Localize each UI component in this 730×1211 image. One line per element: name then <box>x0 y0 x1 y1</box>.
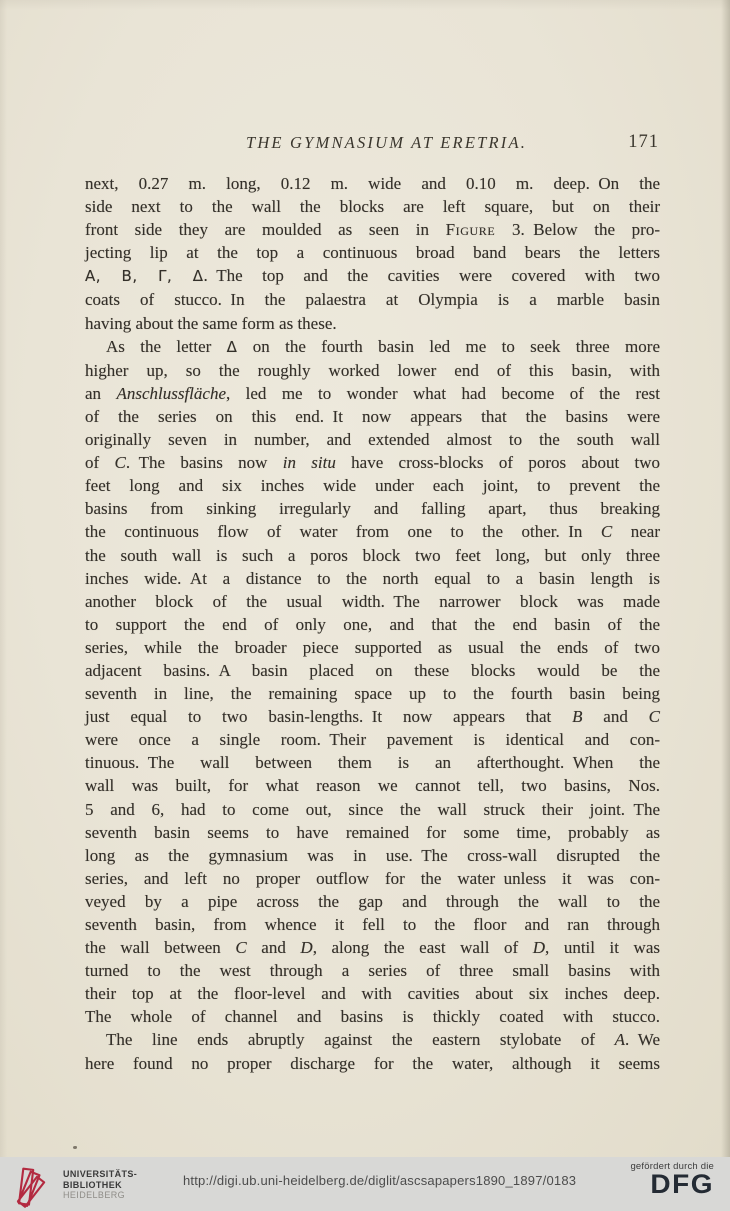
page-title: THE GYMNASIUM AT ERETRIA. <box>246 133 527 153</box>
text-line: originally seven in number, and extended… <box>85 428 660 451</box>
page-body-text: next, 0.27 m. long, 0.12 m. wide and 0.1… <box>85 172 660 1075</box>
library-name-line2: BIBLIOTHEK <box>63 1180 137 1191</box>
text-line: jecting lip at the top a continuous broa… <box>85 241 660 264</box>
text-line: of C. The basins now in situ have cross-… <box>85 451 660 474</box>
digitization-footer: UNIVERSITÄTS- BIBLIOTHEK HEIDELBERG http… <box>0 1157 730 1211</box>
text-line: feet long and six inches wide under each… <box>85 474 660 497</box>
dfg-acronym: DFG <box>630 1172 714 1197</box>
text-line: seventh in line, the remaining space up … <box>85 682 660 705</box>
text-line: the wall between C and D, along the east… <box>85 936 660 959</box>
text-line: veyed by a pipe across the gap and throu… <box>85 890 660 913</box>
text-line: series, and left no proper outflow for t… <box>85 867 660 890</box>
text-line: the south wall is such a poros block two… <box>85 544 660 567</box>
text-line: were once a single room. Their pavement … <box>85 728 660 751</box>
text-line: their top at the floor-level and with ca… <box>85 982 660 1005</box>
library-name-line1: UNIVERSITÄTS- <box>63 1169 137 1180</box>
dfg-logo: gefördert durch die DFG <box>630 1161 714 1198</box>
text-line: of the series on this end. It now appear… <box>85 405 660 428</box>
text-line: The whole of channel and basins is thick… <box>85 1005 660 1028</box>
text-line: basins from sinking irregularly and fall… <box>85 497 660 520</box>
scanned-page: THE GYMNASIUM AT ERETRIA. 171 next, 0.27… <box>0 0 730 1157</box>
text-line: front side they are moulded as seen in F… <box>85 218 660 241</box>
text-line: to support the end of only one, and that… <box>85 613 660 636</box>
text-line: coats of stucco. In the palaestra at Oly… <box>85 288 660 311</box>
paper-speck <box>73 1146 77 1149</box>
text-line: series, while the broader piece supporte… <box>85 636 660 659</box>
text-line: long as the gymnasium was in use. The cr… <box>85 844 660 867</box>
text-line: seventh basin seems to have remained for… <box>85 821 660 844</box>
text-line: The line ends abruptly against the easte… <box>85 1028 660 1051</box>
text-line: next, 0.27 m. long, 0.12 m. wide and 0.1… <box>85 172 660 195</box>
text-line: an Anschlussfläche, led me to wonder wha… <box>85 382 660 405</box>
text-line: adjacent basins. A basin placed on these… <box>85 659 660 682</box>
text-line: having about the same form as these. <box>85 312 660 335</box>
library-books-icon <box>12 1162 56 1208</box>
text-line: Α, Β, Γ, Δ. The top and the cavities wer… <box>85 264 660 288</box>
book-scan-viewer-page: THE GYMNASIUM AT ERETRIA. 171 next, 0.27… <box>0 0 730 1211</box>
text-line: inches wide. At a distance to the north … <box>85 567 660 590</box>
text-line: the continuous flow of water from one to… <box>85 520 660 543</box>
text-line: wall was built, for what reason we canno… <box>85 774 660 797</box>
text-line: 5 and 6, had to come out, since the wall… <box>85 798 660 821</box>
page-number: 171 <box>628 132 659 153</box>
text-line: just equal to two basin-lengths. It now … <box>85 705 660 728</box>
text-line: here found no proper discharge for the w… <box>85 1052 660 1075</box>
text-line: turned to the west through a series of t… <box>85 959 660 982</box>
text-line: As the letter Δ on the fourth basin led … <box>85 335 660 359</box>
text-line: seventh basin, from whence it fell to th… <box>85 913 660 936</box>
text-line: higher up, so the roughly worked lower e… <box>85 359 660 382</box>
library-name: UNIVERSITÄTS- BIBLIOTHEK HEIDELBERG <box>63 1162 137 1201</box>
library-name-line3: HEIDELBERG <box>63 1190 137 1201</box>
ub-heidelberg-logo: UNIVERSITÄTS- BIBLIOTHEK HEIDELBERG <box>12 1162 137 1208</box>
text-line: side next to the wall the blocks are lef… <box>85 195 660 218</box>
text-line: another block of the usual width. The na… <box>85 590 660 613</box>
running-header: THE GYMNASIUM AT ERETRIA. 171 <box>85 133 660 157</box>
scan-url-link[interactable]: http://digi.ub.uni-heidelberg.de/diglit/… <box>183 1173 576 1188</box>
text-line: tinuous. The wall between them is an aft… <box>85 751 660 774</box>
